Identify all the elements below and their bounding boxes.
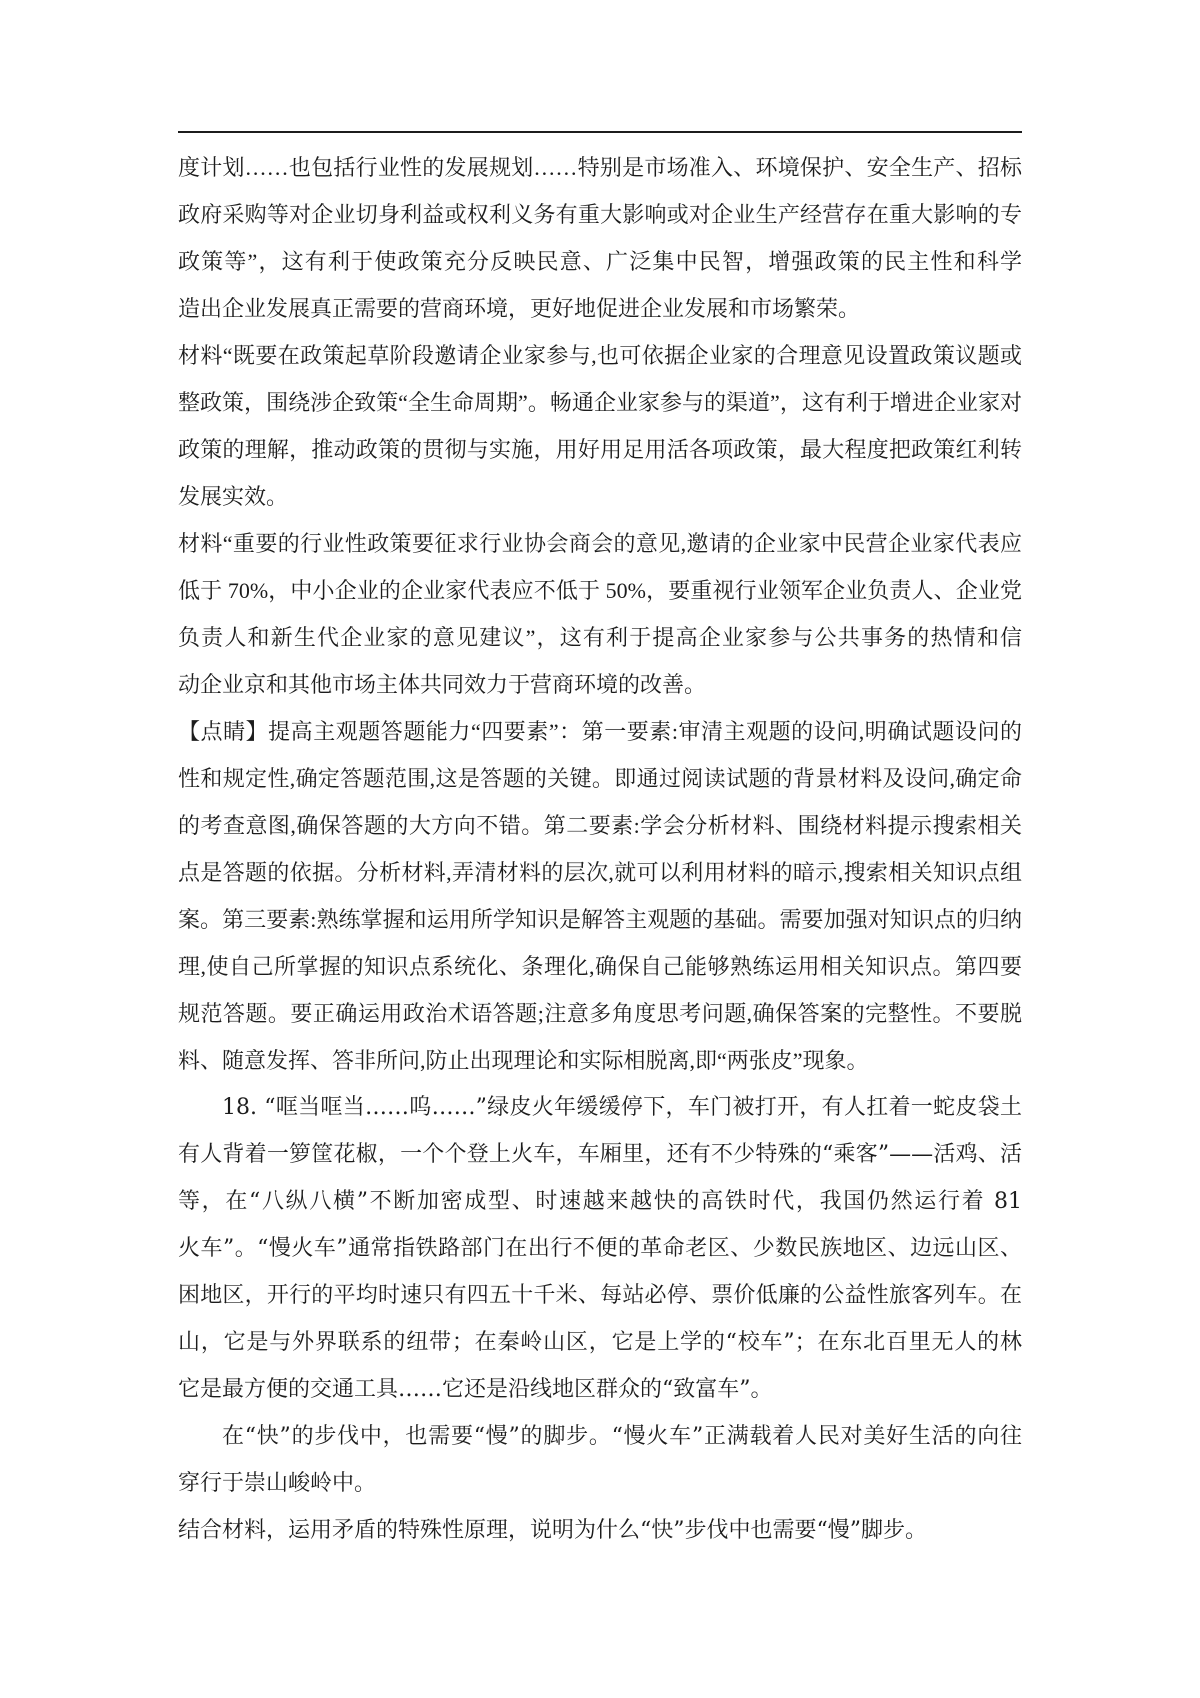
text-line: 等，在“八纵八横”不断加密成型、时速越来越快的高铁时代，我国仍然运行着 81 对… bbox=[178, 1178, 1022, 1225]
text-line: 山，它是与外界联系的纽带；在秦岭山区，它是上学的“校车”；在东北百里无人的林区， bbox=[178, 1319, 1022, 1366]
text-line: 困地区，开行的平均时速只有四五十千米、每站必停、票价低廉的公益性旅客列车。在大凉 bbox=[178, 1272, 1022, 1319]
text-line: 政策等”，这有利于使政策充分反映民意、广泛集中民智，增强政策的民主性和科学性，营 bbox=[178, 238, 1022, 285]
header-rule bbox=[178, 131, 1022, 133]
text-line: 负责人和新生代企业家的意见建议”，这有利于提高企业家参与公共事务的热情和信心，带 bbox=[178, 614, 1022, 661]
text-line: 理,使自己所掌握的知识点系统化、条理化,确保自己能够熟练运用相关知识点。第四要素… bbox=[178, 943, 1022, 990]
text-line: 造出企业发展真正需要的营商环境，更好地促进企业发展和市场繁荣。 bbox=[178, 285, 1022, 332]
document-page: 度计划……也包括行业性的发展规划……特别是市场准入、环境保护、安全生产、招标投标… bbox=[0, 0, 1200, 1698]
text-line: 它是最方便的交通工具……它还是沿线地区群众的“致富车”。 bbox=[178, 1366, 1022, 1413]
document-content: 度计划……也包括行业性的发展规划……特别是市场准入、环境保护、安全生产、招标投标… bbox=[178, 144, 1022, 1554]
text-line: 度计划……也包括行业性的发展规划……特别是市场准入、环境保护、安全生产、招标投标… bbox=[178, 144, 1022, 191]
text-line: 发展实效。 bbox=[178, 473, 1022, 520]
text-line: 结合材料，运用矛盾的特殊性原理，说明为什么“快”步伐中也需要“慢”脚步。 bbox=[178, 1507, 1022, 1554]
text-line: 性和规定性,确定答题范围,这是答题的关键。即通过阅读试题的背景材料及设问,确定命… bbox=[178, 755, 1022, 802]
text-line: 材料“重要的行业性政策要征求行业协会商会的意见,邀请的企业家中民营企业家代表应不 bbox=[178, 520, 1022, 567]
text-line: 穿行于崇山峻岭中。 bbox=[178, 1460, 1022, 1507]
text-line: 料、随意发挥、答非所问,防止出现理论和实际相脱离,即“两张皮”现象。 bbox=[178, 1037, 1022, 1084]
text-line: 动企业京和其他市场主体共同效力于营商环境的改善。 bbox=[178, 661, 1022, 708]
text-line: 18. “哐当哐当……呜……”绿皮火年缓缓停下，车门被打开，有人扛着一蛇皮袋土豆… bbox=[178, 1084, 1022, 1131]
text-line: 政策的理解，推动政策的贯彻与实施，用好用足用活各项政策，最大程度把政策红利转化为 bbox=[178, 426, 1022, 473]
text-line: 火车”。“慢火车”通常指铁路部门在出行不便的革命老区、少数民族地区、边远山区、贫 bbox=[178, 1225, 1022, 1272]
text-line: 规范答题。要正确运用政治术语答题;注意多角度思考问题,确保答案的完整性。不要脱离… bbox=[178, 990, 1022, 1037]
text-line: 的考查意图,确保答题的大方向不错。第二要素:学会分析材料、围绕材料提示搜索相关知… bbox=[178, 802, 1022, 849]
text-line: 整政策，围绕涉企致策“全生命周期”。畅通企业家参与的渠道”，这有利于增进企业家对 bbox=[178, 379, 1022, 426]
text-line: 【点睛】提高主观题答题能力“四要素”：第一要素:审清主观题的设问,明确试题设问的… bbox=[178, 708, 1022, 755]
text-line: 有人背着一箩筐花椒，一个个登上火车，车厢里，还有不少特殊的“乘客”——活鸡、活猪 bbox=[178, 1131, 1022, 1178]
text-line: 在“快”的步伐中，也需要“慢”的脚步。“慢火车”正满载着人民对美好生活的向往 bbox=[178, 1413, 1022, 1460]
text-line: 点是答题的依据。分析材料,弄清材料的层次,就可以利用材料的暗示,搜索相关知识点组… bbox=[178, 849, 1022, 896]
text-line: 低于 70%，中小企业的企业家代表应不低于 50%，要重视行业领军企业负责人、企… bbox=[178, 567, 1022, 614]
text-line: 政府采购等对企业切身利益或权利义务有重大影响或对企业生产经营存在重大影响的专项 bbox=[178, 191, 1022, 238]
text-line: 案。第三要素:熟练掌握和运用所学知识是解答主观题的基础。需要加强对知识点的归纳整 bbox=[178, 896, 1022, 943]
text-line: 材料“既要在政策起草阶段邀请企业家参与,也可依据企业家的合理意见设置政策议题或调 bbox=[178, 332, 1022, 379]
